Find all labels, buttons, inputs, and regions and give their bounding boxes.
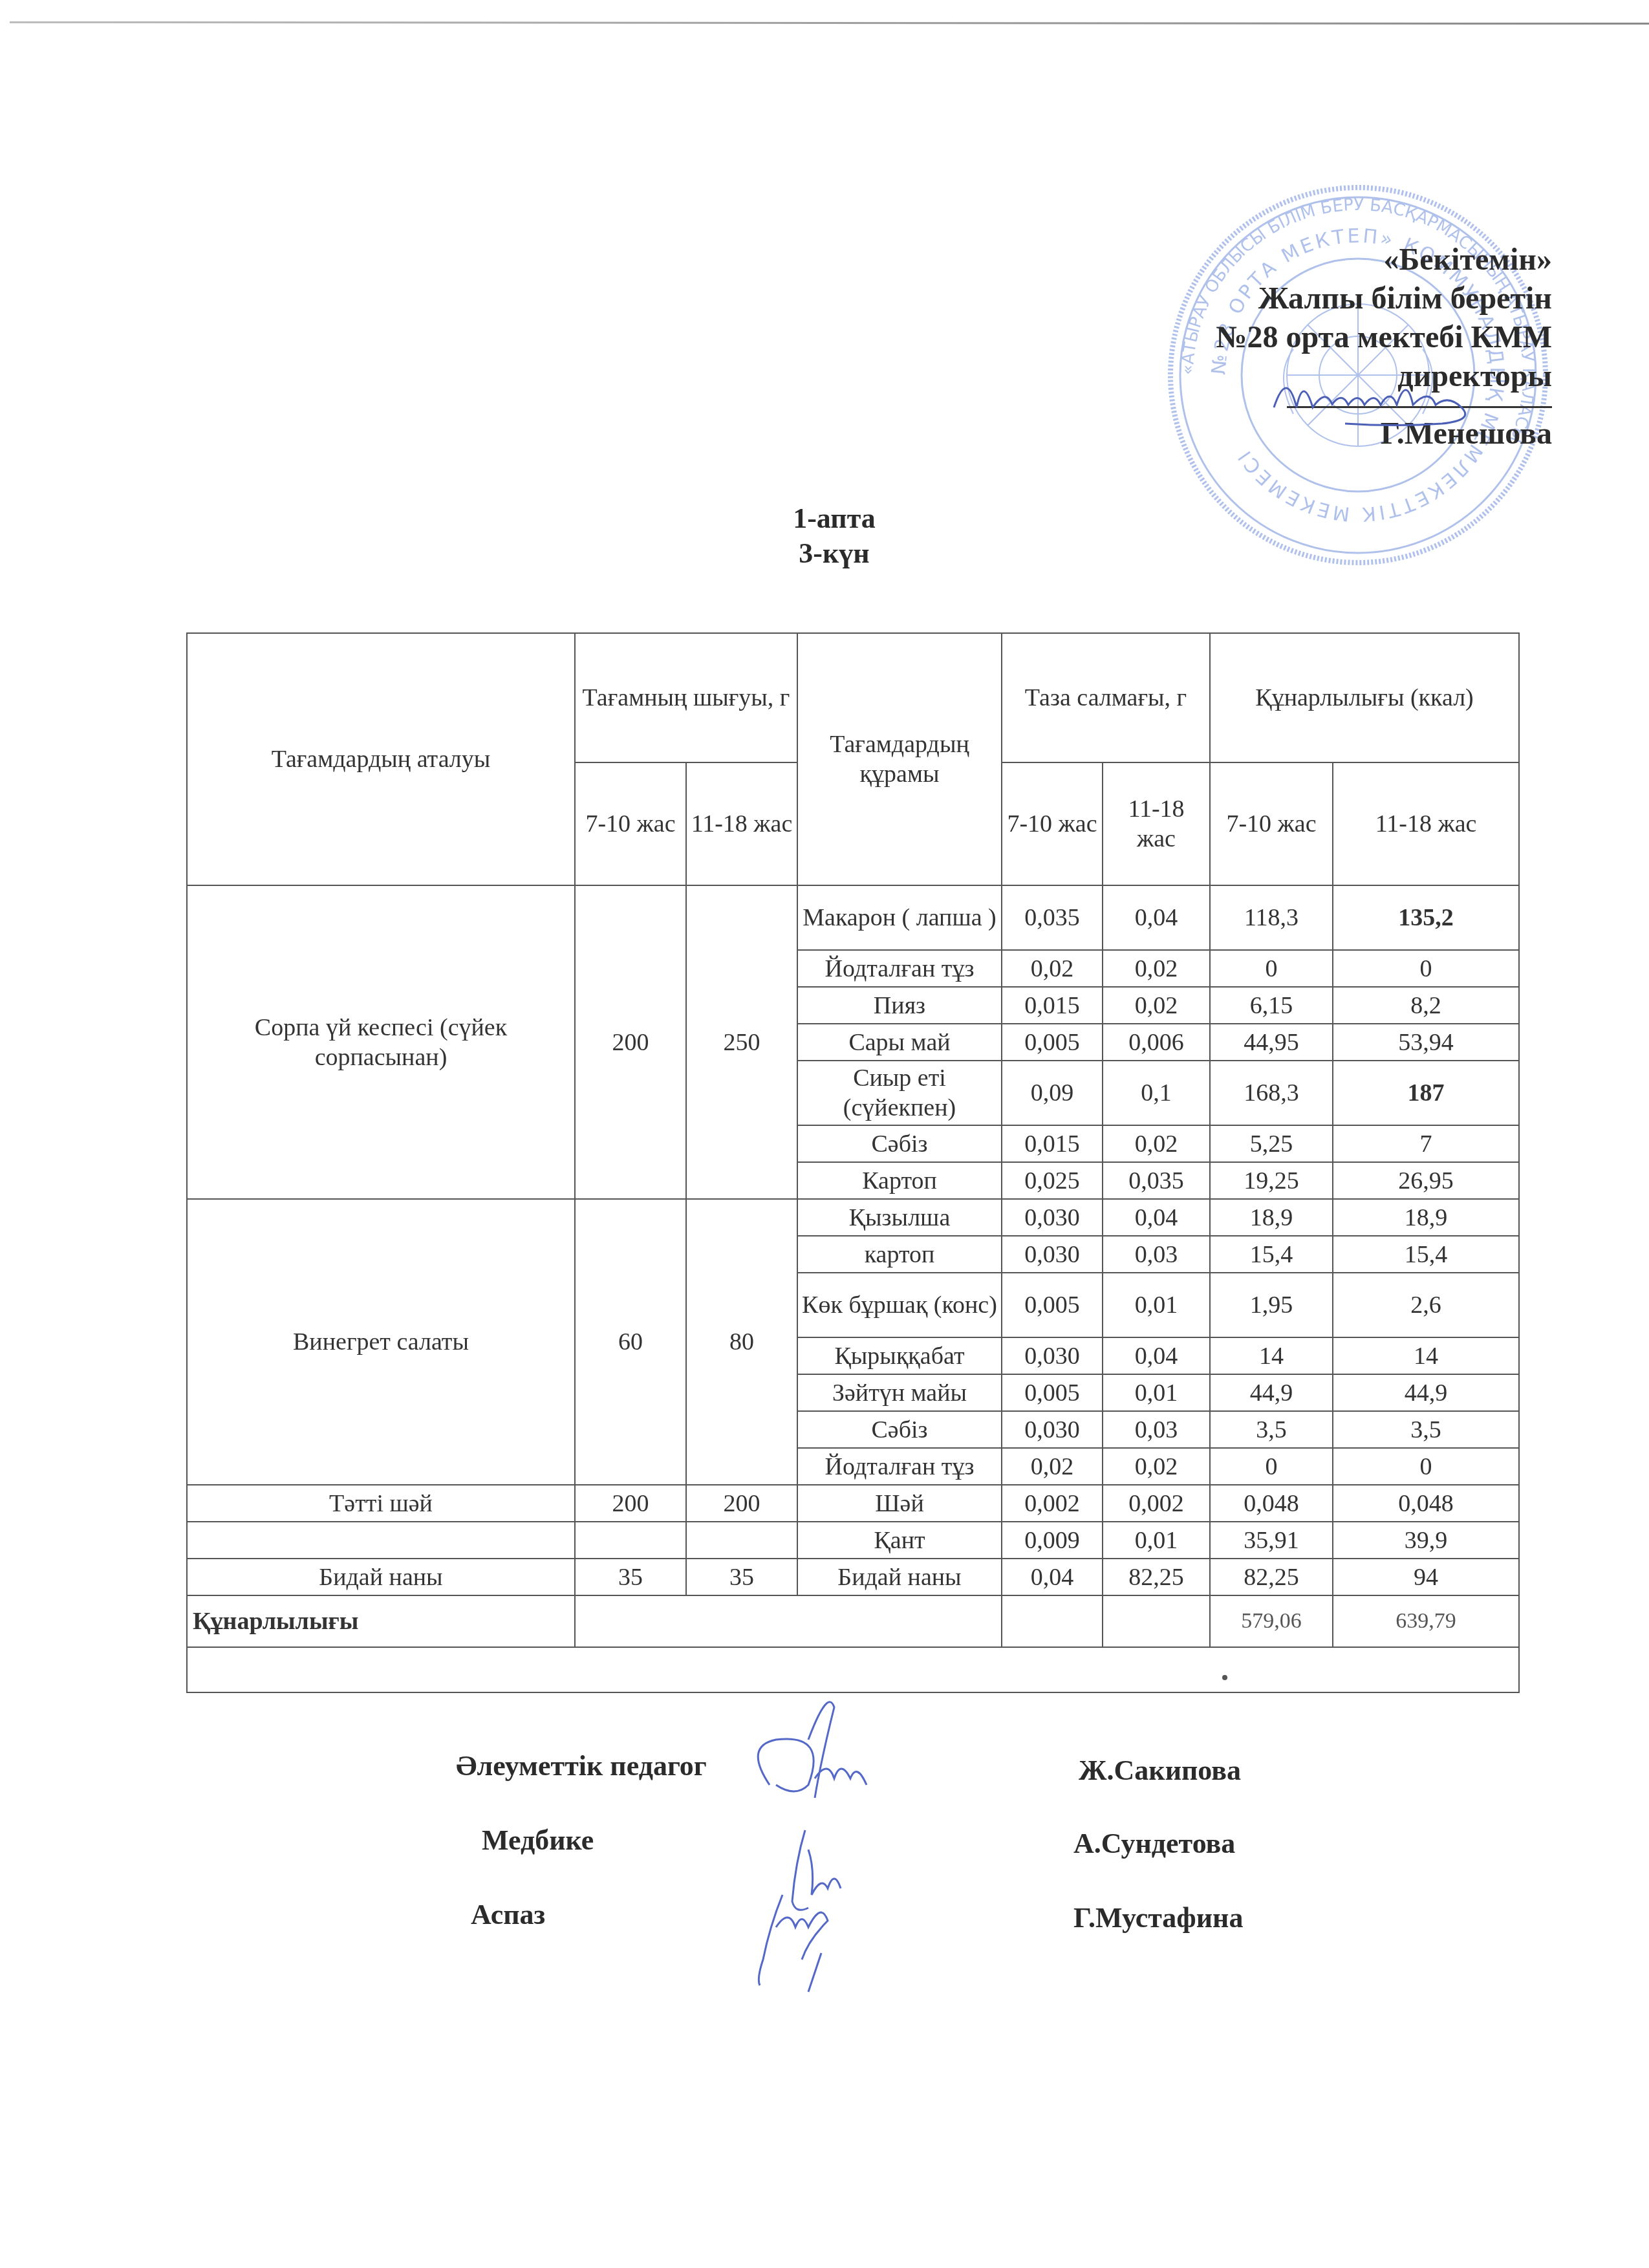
net-weight-11-18: 0,002 (1103, 1485, 1210, 1522)
dish-output-11-18: 200 (686, 1485, 797, 1522)
net-weight-7-10: 0,09 (1002, 1061, 1103, 1125)
net-weight-11-18: 0,01 (1103, 1522, 1210, 1559)
approval-title: «Бекітемін» (1216, 241, 1552, 279)
net-weight-11-18: 0,035 (1103, 1162, 1210, 1199)
signature-role-0: Әлеуметтік педагог (456, 1749, 707, 1782)
dish-output-7-10: 60 (575, 1199, 686, 1485)
total-empty (575, 1595, 1002, 1647)
calories-11-18: 44,9 (1333, 1374, 1519, 1411)
header-output: Тағамның шығуы, г (575, 633, 797, 762)
calories-7-10: 5,25 (1210, 1125, 1333, 1162)
ingredient-name: Қызылша (797, 1199, 1002, 1236)
calories-7-10: 1,95 (1210, 1273, 1333, 1337)
net-weight-11-18: 0,02 (1103, 950, 1210, 987)
ingredient-name: Көк бұршақ (конс) (797, 1273, 1002, 1337)
header-output-11-18: 11-18 жас (686, 762, 797, 885)
scan-edge-line (10, 21, 1649, 25)
approval-line-2: №28 орта мектебі КММ (1216, 318, 1552, 357)
net-weight-7-10: 0,002 (1002, 1485, 1103, 1522)
menu-table: Тағамдардың аталуы Тағамның шығуы, г Тағ… (186, 632, 1520, 1693)
net-weight-11-18: 0,03 (1103, 1236, 1210, 1273)
dish-name (187, 1522, 575, 1559)
net-weight-7-10: 0,005 (1002, 1374, 1103, 1411)
net-weight-11-18: 0,03 (1103, 1411, 1210, 1448)
ingredient-name: Сәбіз (797, 1125, 1002, 1162)
calories-11-18: 0 (1333, 1448, 1519, 1485)
table-row: Сорпа үй кеспесі (сүйек сорпасынан)20025… (187, 885, 1519, 950)
calories-11-18: 39,9 (1333, 1522, 1519, 1559)
table-row: Тәтті шәй200200Шәй0,0020,0020,0480,048 (187, 1485, 1519, 1522)
ingredient-name: Картоп (797, 1162, 1002, 1199)
net-weight-11-18: 0,01 (1103, 1273, 1210, 1337)
ingredient-name: Зәйтүн майы (797, 1374, 1002, 1411)
dish-output-7-10: 35 (575, 1559, 686, 1595)
calories-11-18: 94 (1333, 1559, 1519, 1595)
signature-role-2: Аспаз (471, 1898, 545, 1931)
header-weight-11-18: 11-18 жас (1103, 762, 1210, 885)
calories-7-10: 18,9 (1210, 1199, 1333, 1236)
table-row: Қант0,0090,0135,9139,9 (187, 1522, 1519, 1559)
ingredient-name: Шәй (797, 1485, 1002, 1522)
calories-7-10: 0 (1210, 1448, 1333, 1485)
calories-7-10: 0 (1210, 950, 1333, 987)
dish-output-11-18: 35 (686, 1559, 797, 1595)
calories-11-18: 7 (1333, 1125, 1519, 1162)
calories-11-18: 0 (1333, 950, 1519, 987)
ingredient-name: Қант (797, 1522, 1002, 1559)
header-output-7-10: 7-10 жас (575, 762, 686, 885)
total-cal-11-18: 639,79 (1333, 1595, 1519, 1647)
net-weight-11-18: 0,02 (1103, 1125, 1210, 1162)
header-cal-11-18: 11-18 жас (1333, 762, 1519, 885)
net-weight-11-18: 0,02 (1103, 1448, 1210, 1485)
net-weight-7-10: 0,04 (1002, 1559, 1103, 1595)
dish-output-11-18: 250 (686, 885, 797, 1199)
header-composition: Тағамдардың құрамы (797, 633, 1002, 885)
calories-7-10: 19,25 (1210, 1162, 1333, 1199)
net-weight-7-10: 0,030 (1002, 1411, 1103, 1448)
net-weight-7-10: 0,009 (1002, 1522, 1103, 1559)
ingredient-name: картоп (797, 1236, 1002, 1273)
approval-line-1: Жалпы білім беретін (1216, 279, 1552, 318)
dish-output-7-10: 200 (575, 885, 686, 1199)
ingredient-name: Сиыр еті (сүйекпен) (797, 1061, 1002, 1125)
dish-output-7-10: 200 (575, 1485, 686, 1522)
calories-11-18: 135,2 (1333, 885, 1519, 950)
calories-7-10: 35,91 (1210, 1522, 1333, 1559)
calories-7-10: 82,25 (1210, 1559, 1333, 1595)
calories-7-10: 3,5 (1210, 1411, 1333, 1448)
signature-name-2: Г.Мустафина (1073, 1901, 1243, 1934)
dish-name: Бидай наны (187, 1559, 575, 1595)
net-weight-7-10: 0,025 (1002, 1162, 1103, 1199)
header-calories: Құнарлылығы (ккал) (1210, 633, 1519, 762)
calories-7-10: 44,95 (1210, 1024, 1333, 1061)
calories-11-18: 53,94 (1333, 1024, 1519, 1061)
calories-11-18: 8,2 (1333, 987, 1519, 1024)
ingredient-name: Қырыққабат (797, 1337, 1002, 1374)
calories-7-10: 14 (1210, 1337, 1333, 1374)
dish-output-11-18 (686, 1522, 797, 1559)
scan-mark (1222, 1675, 1227, 1680)
ingredient-name: Йодталған тұз (797, 1448, 1002, 1485)
calories-11-18: 18,9 (1333, 1199, 1519, 1236)
header-dish-name: Тағамдардың аталуы (187, 633, 575, 885)
calories-11-18: 187 (1333, 1061, 1519, 1125)
net-weight-7-10: 0,02 (1002, 950, 1103, 987)
dish-output-7-10 (575, 1522, 686, 1559)
calories-11-18: 14 (1333, 1337, 1519, 1374)
table-row: Бидай наны3535Бидай наны0,0482,2582,2594 (187, 1559, 1519, 1595)
net-weight-7-10: 0,015 (1002, 987, 1103, 1024)
net-weight-7-10: 0,035 (1002, 885, 1103, 950)
calories-11-18: 26,95 (1333, 1162, 1519, 1199)
net-weight-11-18: 0,04 (1103, 1199, 1210, 1236)
signature-name-1: А.Сундетова (1073, 1827, 1235, 1860)
calories-11-18: 0,048 (1333, 1485, 1519, 1522)
ingredient-name: Пияз (797, 987, 1002, 1024)
dish-name: Тәтті шәй (187, 1485, 575, 1522)
net-weight-7-10: 0,02 (1002, 1448, 1103, 1485)
net-weight-11-18: 0,04 (1103, 1337, 1210, 1374)
ingredient-name: Сары май (797, 1024, 1002, 1061)
dish-output-11-18: 80 (686, 1199, 797, 1485)
calories-7-10: 118,3 (1210, 885, 1333, 950)
net-weight-11-18: 82,25 (1103, 1559, 1210, 1595)
calories-11-18: 3,5 (1333, 1411, 1519, 1448)
calories-11-18: 2,6 (1333, 1273, 1519, 1337)
calories-7-10: 168,3 (1210, 1061, 1333, 1125)
total-row: Құнарлылығы 579,06 639,79 (187, 1595, 1519, 1647)
header-weight-7-10: 7-10 жас (1002, 762, 1103, 885)
ingredient-name: Макарон ( лапша ) (797, 885, 1002, 950)
net-weight-7-10: 0,030 (1002, 1199, 1103, 1236)
signature-role-1: Медбике (482, 1824, 594, 1857)
net-weight-7-10: 0,005 (1002, 1273, 1103, 1337)
net-weight-11-18: 0,04 (1103, 885, 1210, 950)
total-label: Құнарлылығы (187, 1595, 575, 1647)
net-weight-7-10: 0,005 (1002, 1024, 1103, 1061)
dish-name: Сорпа үй кеспесі (сүйек сорпасынан) (187, 885, 575, 1199)
signature-name-0: Ж.Сакипова (1079, 1754, 1241, 1787)
net-weight-7-10: 0,015 (1002, 1125, 1103, 1162)
dish-name: Винегрет салаты (187, 1199, 575, 1485)
director-signature-icon (1267, 362, 1487, 433)
net-weight-11-18: 0,1 (1103, 1061, 1210, 1125)
header-net-weight: Таза салмағы, г (1002, 633, 1210, 762)
net-weight-7-10: 0,030 (1002, 1337, 1103, 1374)
table-row: Винегрет салаты6080Қызылша0,0300,0418,91… (187, 1199, 1519, 1236)
total-empty-w2 (1103, 1595, 1210, 1647)
header-cal-7-10: 7-10 жас (1210, 762, 1333, 885)
total-cal-7-10: 579,06 (1210, 1595, 1333, 1647)
calories-11-18: 15,4 (1333, 1236, 1519, 1273)
net-weight-11-18: 0,02 (1103, 987, 1210, 1024)
ingredient-name: Йодталған тұз (797, 950, 1002, 987)
total-empty-w1 (1002, 1595, 1103, 1647)
calories-7-10: 15,4 (1210, 1236, 1333, 1273)
net-weight-11-18: 0,006 (1103, 1024, 1210, 1061)
handwritten-signatures-icon (679, 1681, 1067, 2005)
calories-7-10: 6,15 (1210, 987, 1333, 1024)
net-weight-7-10: 0,030 (1002, 1236, 1103, 1273)
calories-7-10: 0,048 (1210, 1485, 1333, 1522)
net-weight-11-18: 0,01 (1103, 1374, 1210, 1411)
calories-7-10: 44,9 (1210, 1374, 1333, 1411)
ingredient-name: Сәбіз (797, 1411, 1002, 1448)
ingredient-name: Бидай наны (797, 1559, 1002, 1595)
